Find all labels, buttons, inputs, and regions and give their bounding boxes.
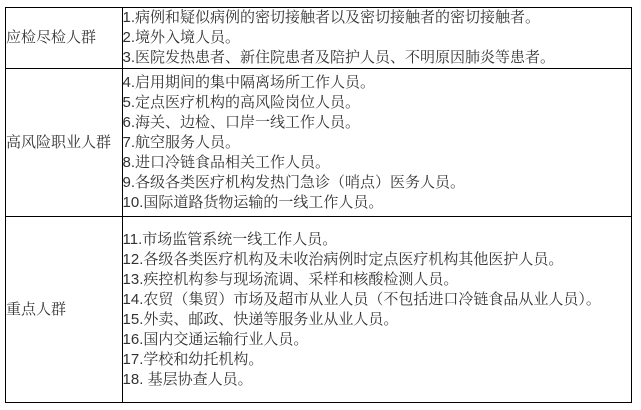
list-item: 15.外卖、邮政、快递等服务业从业人员。	[123, 310, 631, 330]
testing-population-table: 应检尽检人群 1.病例和疑似病例的密切接触者以及密切接触者的密切接触者。 2.境…	[5, 7, 632, 403]
table-row: 重点人群 11.市场监管系统一线工作人员。 12.各级各类医疗机构及未收治病例时…	[6, 217, 632, 403]
list-item: 10.国际道路货物运输的一线工作人员。	[123, 193, 631, 213]
category-cell: 重点人群	[6, 217, 123, 403]
list-item: 17.学校和幼托机构。	[123, 350, 631, 370]
items-cell: 1.病例和疑似病例的密切接触者以及密切接触者的密切接触者。 2.境外入境人员。 …	[122, 8, 631, 69]
items-cell: 4.启用期间的集中隔离场所工作人员。 5.定点医疗机构的高风险岗位人员。 6.海…	[122, 69, 631, 217]
document-page: 应检尽检人群 1.病例和疑似病例的密切接触者以及密切接触者的密切接触者。 2.境…	[5, 7, 632, 403]
table-row: 高风险职业人群 4.启用期间的集中隔离场所工作人员。 5.定点医疗机构的高风险岗…	[6, 69, 632, 217]
list-item: 3.医院发热患者、新住院患者及陪护人员、不明原因肺炎等患者。	[123, 48, 631, 68]
table-row: 应检尽检人群 1.病例和疑似病例的密切接触者以及密切接触者的密切接触者。 2.境…	[6, 8, 632, 69]
list-item: 6.海关、边检、口岸一线工作人员。	[123, 113, 631, 133]
list-item: 5.定点医疗机构的高风险岗位人员。	[123, 93, 631, 113]
list-item: 14.农贸（集贸）市场及超市从业人员（不包括进口冷链食品从业人员）。	[123, 290, 631, 310]
category-cell: 高风险职业人群	[6, 69, 123, 217]
list-item: 7.航空服务人员。	[123, 133, 631, 153]
list-item: 11.市场监管系统一线工作人员。	[123, 230, 631, 250]
list-item: 13.疾控机构参与现场流调、采样和核酸检测人员。	[123, 270, 631, 290]
list-item: 1.病例和疑似病例的密切接触者以及密切接触者的密切接触者。	[123, 8, 631, 28]
list-item: 18. 基层协查人员。	[123, 370, 631, 390]
list-item: 2.境外入境人员。	[123, 28, 631, 48]
category-cell: 应检尽检人群	[6, 8, 123, 69]
list-item: 9.各级各类医疗机构发热门急诊（哨点）医务人员。	[123, 173, 631, 193]
list-item: 4.启用期间的集中隔离场所工作人员。	[123, 73, 631, 93]
list-item: 16.国内交通运输行业人员。	[123, 330, 631, 350]
list-item: 12.各级各类医疗机构及未收治病例时定点医疗机构其他医护人员。	[123, 250, 631, 270]
items-cell: 11.市场监管系统一线工作人员。 12.各级各类医疗机构及未收治病例时定点医疗机…	[122, 217, 631, 403]
list-item: 8.进口冷链食品相关工作人员。	[123, 153, 631, 173]
